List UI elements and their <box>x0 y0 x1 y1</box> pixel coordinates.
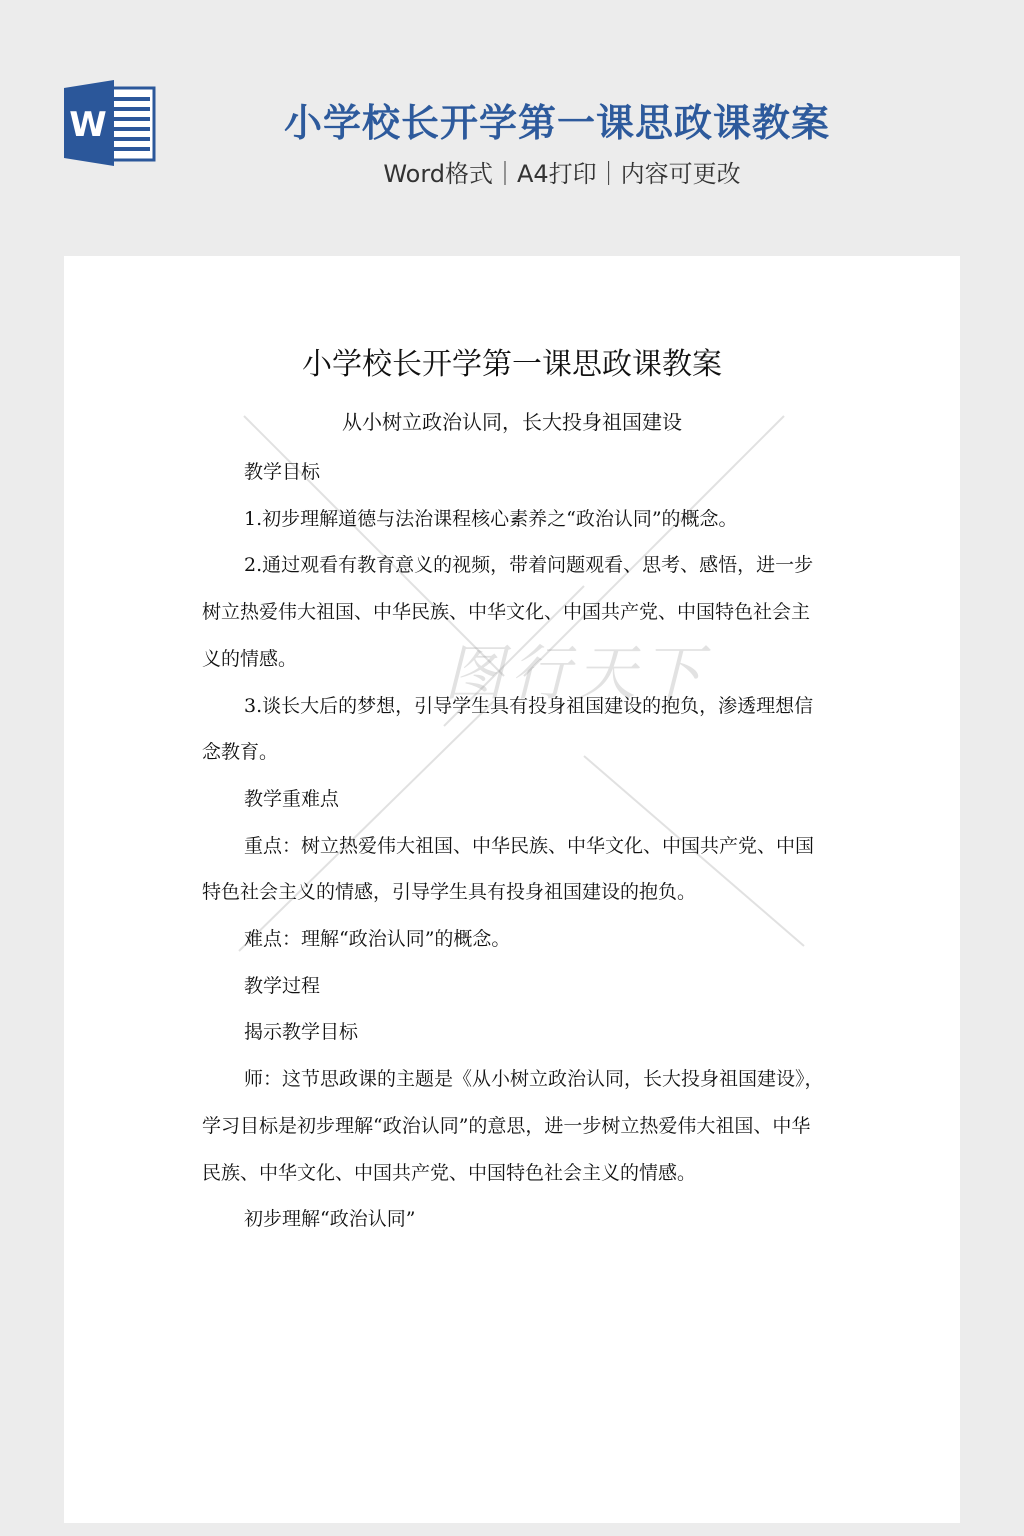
section-heading: 初步理解“政治认同” <box>202 1196 828 1243</box>
header-subtitle: Word格式｜A4打印｜内容可更改 <box>0 154 1024 189</box>
paragraph: 3.谈长大后的梦想，引导学生具有投身祖国建设的抱负，渗透理想信念教育。 <box>202 683 828 776</box>
paragraph: 1.初步理解道德与法治课程核心素养之“政治认同”的概念。 <box>202 496 828 543</box>
section-heading: 教学过程 <box>202 963 828 1010</box>
document-page: 图行天下 小学校长开学第一课思政课教案 从小树立政治认同，长大投身祖国建设 教学… <box>64 256 960 1523</box>
paragraph: 2.通过观看有教育意义的视频，带着问题观看、思考、感悟，进一步树立热爱伟大祖国、… <box>202 542 828 682</box>
section-heading: 揭示教学目标 <box>202 1009 828 1056</box>
section-heading: 教学目标 <box>202 449 828 496</box>
document-subtitle: 从小树立政治认同，长大投身祖国建设 <box>64 406 960 435</box>
document-title: 小学校长开学第一课思政课教案 <box>64 339 960 383</box>
header-title: 小学校长开学第一课思政课教案 <box>0 92 1024 147</box>
document-body: 教学目标 1.初步理解道德与法治课程核心素养之“政治认同”的概念。 2.通过观看… <box>202 449 828 1243</box>
paragraph: 难点：理解“政治认同”的概念。 <box>202 916 828 963</box>
header: W 小学校长开学第一课思政课教案 Word格式｜A4打印｜内容可更改 <box>0 0 1024 256</box>
paragraph: 师：这节思政课的主题是《从小树立政治认同，长大投身祖国建设》，学习目标是初步理解… <box>202 1056 828 1196</box>
section-heading: 教学重难点 <box>202 776 828 823</box>
paragraph: 重点：树立热爱伟大祖国、中华民族、中华文化、中国共产党、中国特色社会主义的情感，… <box>202 823 828 916</box>
